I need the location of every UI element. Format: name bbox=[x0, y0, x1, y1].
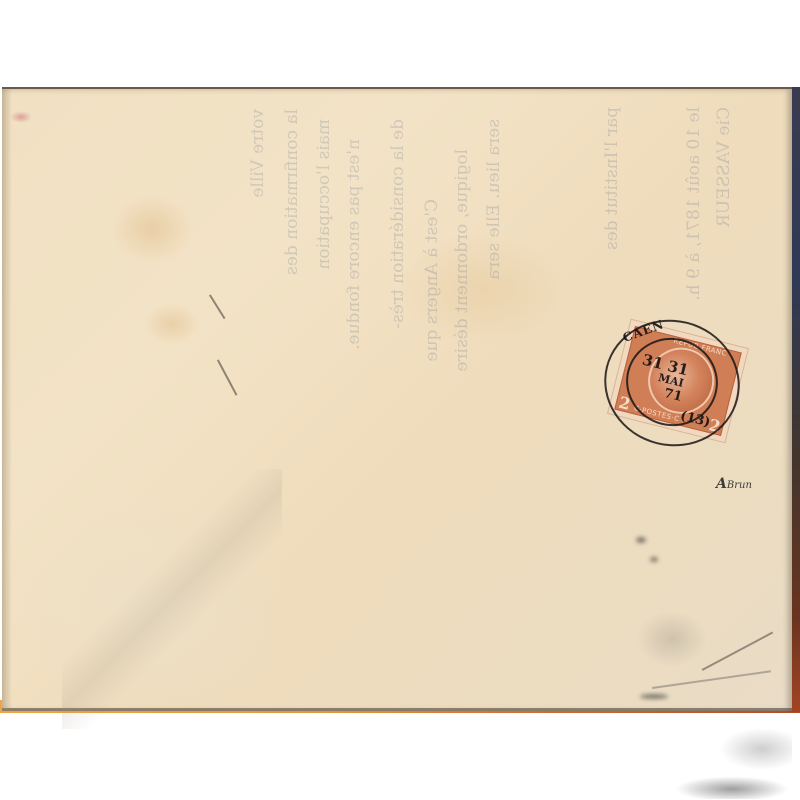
pencil-stroke bbox=[209, 294, 225, 319]
signature-text: Brun bbox=[727, 480, 752, 491]
bleed-text-line: Cie VASSEUR bbox=[714, 107, 734, 227]
bleed-text-line: la confirmation des bbox=[282, 109, 302, 275]
bleed-text-line: de la considération très- bbox=[388, 119, 408, 329]
bleed-text-line: par l'Institut des bbox=[602, 107, 622, 250]
ink-smudge bbox=[650, 557, 658, 562]
stain-spot bbox=[10, 111, 32, 123]
bleed-text-line: mais l'occupation bbox=[314, 119, 334, 270]
expert-signature: ABrun bbox=[716, 476, 752, 492]
bleed-text-line: le 10 août 1871, à 9 h. bbox=[684, 107, 704, 301]
postage-stamp: REPUB FRANC 2 C·POSTES·C 2 CAEN 31 31 MA… bbox=[600, 318, 750, 453]
signature-mark: A bbox=[716, 476, 727, 492]
bleed-text-line: votre Ville bbox=[248, 109, 268, 198]
bleed-text-line: sera lieu. Elle sera bbox=[484, 119, 504, 280]
bleed-text-line: n'est pas encore fondue. bbox=[344, 139, 364, 350]
ink-smudge bbox=[640, 694, 668, 699]
worn-left-edge bbox=[2, 89, 12, 711]
fold-crease bbox=[62, 469, 282, 729]
charcoal-smudge-area bbox=[562, 509, 792, 799]
ink-smudge bbox=[636, 537, 646, 543]
photo-canvas: Cie VASSEUR le 10 août 1871, à 9 h. par … bbox=[0, 0, 800, 800]
bleed-text-line: C'est à Angers que bbox=[422, 199, 442, 362]
bleed-text-line: logique, ordonnent désire bbox=[452, 149, 472, 372]
pencil-stroke bbox=[217, 359, 237, 395]
